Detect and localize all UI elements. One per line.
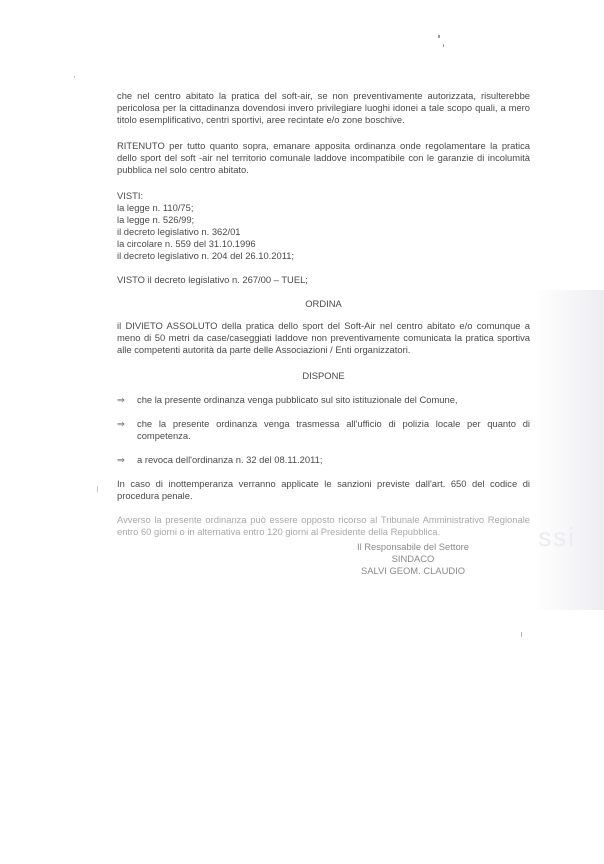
- visti-item: la legge n. 110/75;: [117, 202, 530, 214]
- document-body: che nel centro abitato la pratica del so…: [117, 90, 530, 538]
- dispone-heading: DISPONE: [117, 370, 530, 382]
- arrow-right-icon: ⇒: [117, 454, 137, 466]
- ricorso-paragraph: Avverso la presente ordinanza può essere…: [117, 514, 530, 538]
- scan-shadow: [534, 290, 604, 610]
- intro-paragraph: che nel centro abitato la pratica del so…: [117, 90, 530, 126]
- visto-line: VISTO il decreto legislativo n. 267/00 –…: [117, 274, 530, 286]
- dispone-item: ⇒ che la presente ordinanza venga pubbli…: [117, 394, 530, 406]
- scan-speck: [521, 632, 522, 637]
- ordina-text: il DIVIETO ASSOLUTO della pratica dello …: [117, 320, 530, 356]
- signature-role: Il Responsabile del Settore SINDACO: [340, 541, 486, 565]
- scan-speck: [443, 44, 444, 47]
- visti-item: il decreto legislativo n. 204 del 26.10.…: [117, 250, 530, 262]
- scan-speck: [97, 486, 98, 492]
- visti-item: la circolare n. 559 del 31.10.1996: [117, 238, 530, 250]
- visti-item: il decreto legislativo n. 362/01: [117, 226, 530, 238]
- visti-item: la legge n. 526/99;: [117, 214, 530, 226]
- signature-block: Il Responsabile del Settore SINDACO SALV…: [340, 541, 486, 577]
- visti-heading: VISTI:: [117, 190, 530, 202]
- visti-section: VISTI: la legge n. 110/75; la legge n. 5…: [117, 190, 530, 262]
- ordina-heading: ORDINA: [117, 298, 530, 310]
- bleed-through-mark: ssi: [538, 522, 576, 553]
- arrow-right-icon: ⇒: [117, 418, 137, 442]
- scan-speck: [438, 35, 440, 38]
- scan-speck: [74, 76, 75, 78]
- arrow-right-icon: ⇒: [117, 394, 137, 406]
- dispone-item: ⇒ a revoca dell'ordinanza n. 32 del 08.1…: [117, 454, 530, 466]
- ritenuto-paragraph: RITENUTO per tutto quanto sopra, emanare…: [117, 140, 530, 176]
- signature-name: SALVI GEOM. CLAUDIO: [340, 565, 486, 577]
- sanzioni-paragraph: In caso di inottemperanza verranno appli…: [117, 478, 530, 502]
- dispone-item: ⇒ che la presente ordinanza venga trasme…: [117, 418, 530, 442]
